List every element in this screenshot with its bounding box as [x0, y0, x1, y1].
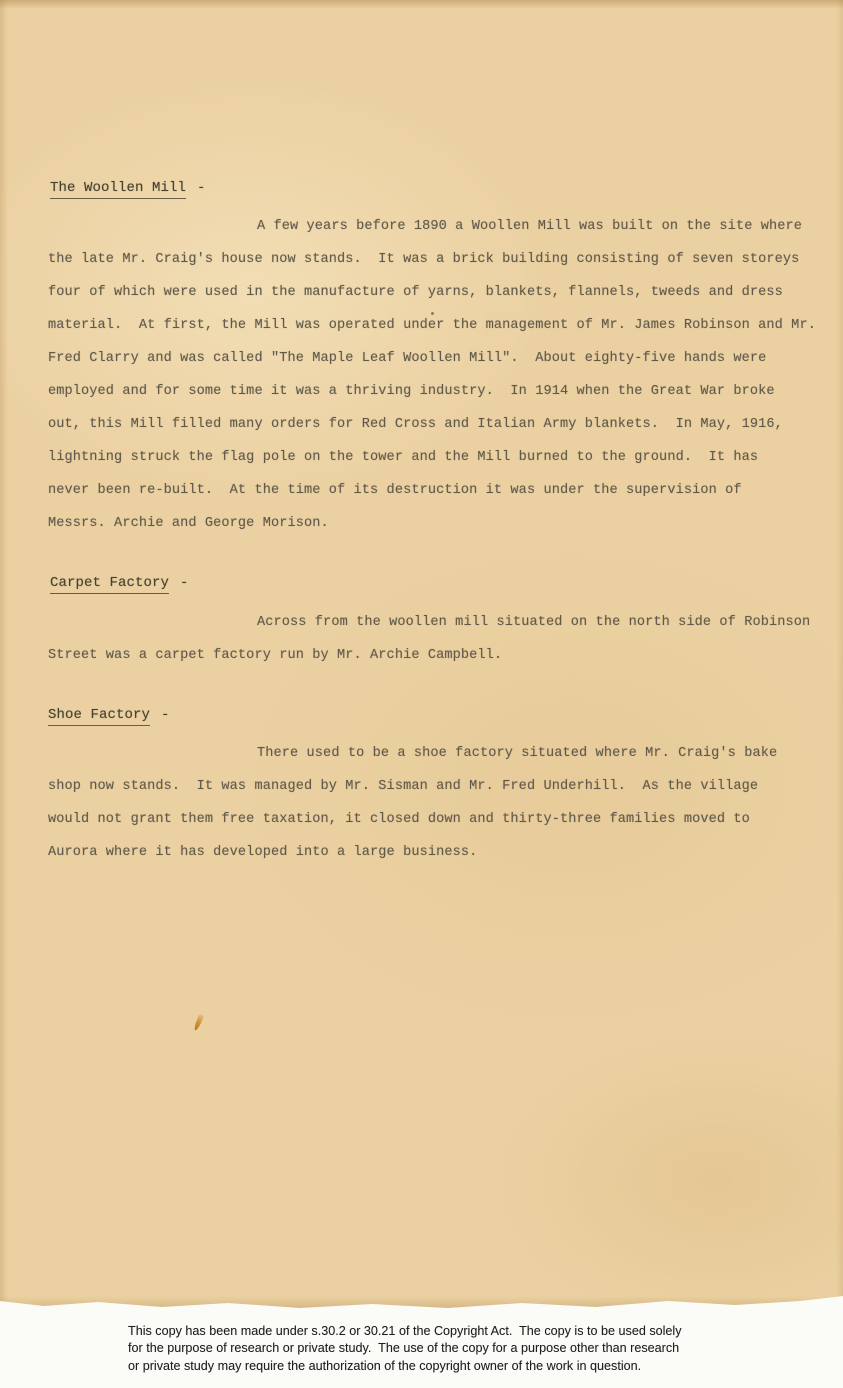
section-heading-carpet-factory: Carpet Factory-: [50, 575, 189, 591]
section-heading-shoe-factory: Shoe Factory-: [48, 707, 170, 723]
copyright-notice-line: for the purpose of research or private s…: [128, 1340, 768, 1357]
copyright-notice: This copy has been made under s.30.2 or …: [128, 1323, 768, 1375]
heading-dash: -: [161, 707, 170, 723]
paragraph-carpet-factory: Across from the woollen mill situated on…: [48, 606, 843, 672]
heading-text: Shoe Factory: [48, 707, 150, 726]
paper-sheet: The Woollen Mill- A few years before 189…: [0, 0, 843, 1312]
heading-text: The Woollen Mill: [50, 180, 186, 199]
paragraph-woollen-mill: A few years before 1890 a Woollen Mill w…: [48, 210, 843, 540]
copyright-notice-line: This copy has been made under s.30.2 or …: [128, 1323, 768, 1340]
copyright-notice-line: or private study may require the authori…: [128, 1358, 768, 1375]
heading-dash: -: [180, 575, 189, 591]
heading-dash: -: [197, 180, 206, 196]
section-heading-woollen-mill: The Woollen Mill-: [50, 180, 206, 196]
pen-mark: [193, 1014, 204, 1032]
paragraph-shoe-factory: There used to be a shoe factory situated…: [48, 737, 843, 869]
heading-text: Carpet Factory: [50, 575, 169, 594]
scanned-document-page: The Woollen Mill- A few years before 189…: [0, 0, 843, 1388]
ink-speck: [431, 312, 434, 315]
